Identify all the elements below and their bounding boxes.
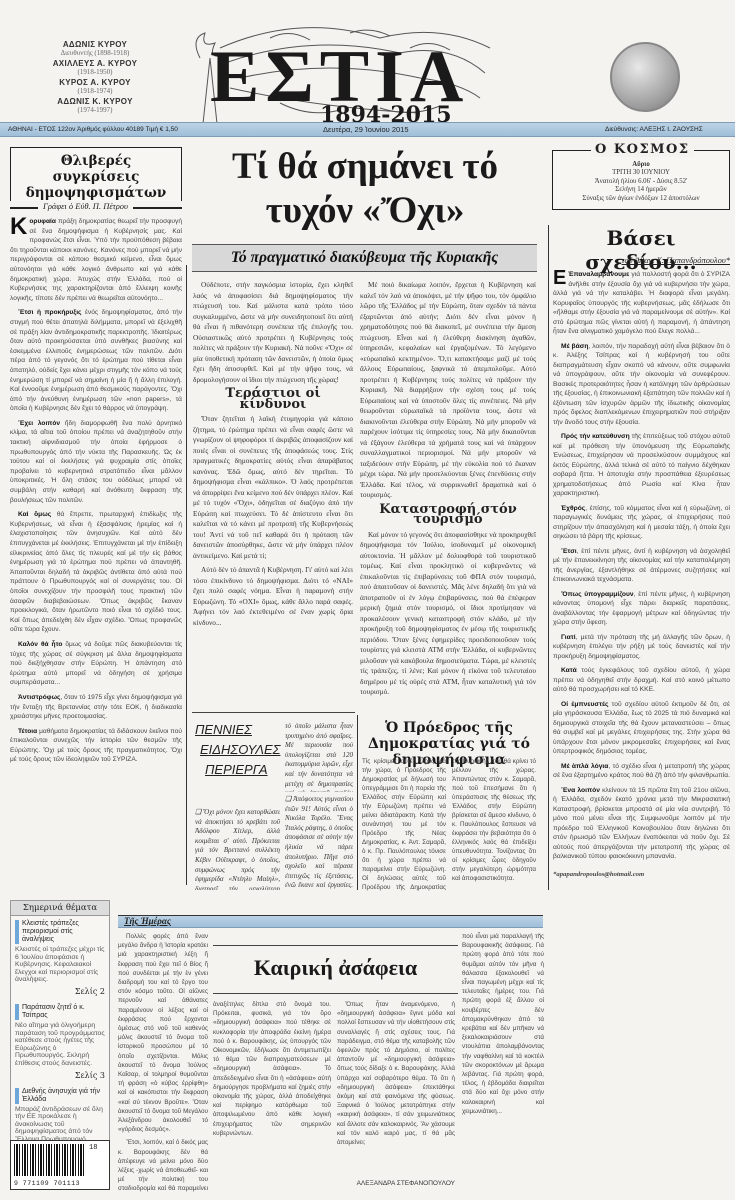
bottom-col2: ἀναξέτηλες δίπλα στό ὄνομά του. Πρόκειτα… xyxy=(213,1000,331,1194)
column-divider xyxy=(548,225,549,890)
author-email: *apapandropoulos@hotmail.com xyxy=(553,870,730,880)
left-article-byline: Γράφει ὁ Εὐθ. Π. Πέτρου xyxy=(38,201,133,211)
kosmos-moon: Σελήνη 14 ἡμερῶν xyxy=(553,186,729,194)
right-article-title: Βάσει σχεδίου... xyxy=(552,226,730,274)
column-label: Τῆς Ἡμέρας xyxy=(124,916,171,926)
main-col2: Μέ ποιό δικαίωμα λοιπόν, ἔρχεται ἡ Κυβέρ… xyxy=(360,280,536,700)
president-article-col2: τῆς Κυριακῆς πού θά κρίνει τό μέλλον τῆς… xyxy=(452,757,536,892)
kosmos-day: ΤΡΙΤΗ 30 ΙΟΥΝΙΟΥ xyxy=(553,169,729,177)
issue-info: ΑΘΗΝΑΙ - ΕΤΟΣ 122ον Ἀριθμός φύλλου 40189… xyxy=(8,126,178,133)
sidebar-item-body: Νέο αἴτημα γιά ὀλιγοήμερη παράταση τοῦ π… xyxy=(15,1022,105,1068)
sidebar-item-title[interactable]: Κλειστές τράπεζες περιορισμοί στίς ἀναλή… xyxy=(15,920,105,944)
kosmos-sun: Ἀνατολή ἡλίου 6.06' - Δύσις 8.52' xyxy=(553,178,729,186)
column-label-bar: Τῆς Ἡμέρας xyxy=(118,915,543,928)
trivia-title-block: ΠΕΝΝΙΕΣ ΕΙΔΗΣΟΥΛΕΣ ΠΕΡΙΕΡΓΑ xyxy=(195,722,275,777)
newspaper-logo: ΕΣΤΙΑ 1894-2015 xyxy=(190,28,510,128)
founder-years: (1974-1997) xyxy=(20,106,170,114)
title-rule-top xyxy=(213,945,458,946)
main-subheadline-banner: Τό πραγματικό διακύβευμα τῆς Κυριακῆς xyxy=(192,244,537,272)
bottom-article-title: Καιρική ἀσάφεια xyxy=(213,955,458,981)
director-info: Διεύθυνσις: ΑΛΕΞΗΣ Ι. ΖΑΟΥΣΗΣ xyxy=(605,126,703,133)
bottom-col3: Ὅπως ἦταν ἀναμενόμενο, ἡ «δημιουργική ἀσ… xyxy=(337,1000,455,1170)
kosmos-tomorrow: Αὔριο xyxy=(553,161,729,169)
subhead-risks: Τεράστιοι οἱ κίνδυνοι xyxy=(193,389,353,410)
right-article-body: ΕἘπαναλαμβάνουμε γιά πολλοστή φορά ὅτι ὁ… xyxy=(553,270,730,1195)
sidebar-item-title[interactable]: Παράτασιν ζητεῖ ὁ κ. Τσίπρας xyxy=(15,1004,105,1020)
barcode: 18 9 771109 701113 xyxy=(10,1140,110,1190)
trivia-title-1: ΠΕΝΝΙΕΣ xyxy=(195,722,275,737)
sidebar-item-page[interactable]: Σελίς 2 xyxy=(15,987,105,996)
trivia-item-3: ❑ Ἀπόφοιτος γυμνασίου ἐτῶν 91! Αὐτός εἶν… xyxy=(285,795,353,890)
main-subheadline: Τό πραγματικό διακύβευμα τῆς Κυριακῆς xyxy=(192,245,537,271)
sidebar-item-title[interactable]: Διεθνής ἀνησυχία γιά τήν Ἑλλάδα xyxy=(15,1088,105,1104)
founder-name: ΑΔΩΝΙΣ Κ. ΚΥΡΟΥ xyxy=(20,97,170,106)
section-divider xyxy=(192,712,355,713)
trivia-title-3: ΠΕΡΙΕΡΓΑ xyxy=(205,762,275,777)
left-article-title-box: Θλιβερές συγκρίσεις δημοψηφισμάτων xyxy=(10,147,182,201)
ancient-coin-icon xyxy=(610,42,680,112)
trivia-item-1: ❑ Ὄχι μόνον ἔχει κατορθώσει νά ἀποκτήσει… xyxy=(195,808,280,890)
subhead-tourism: Καταστροφή στόν τουρισμό xyxy=(360,505,536,526)
info-bar: ΑΘΗΝΑΙ - ΕΤΟΣ 122ον Ἀριθμός φύλλου 40189… xyxy=(0,122,735,137)
column-divider xyxy=(186,265,187,885)
sidebar-title: Σημερινά θέματα xyxy=(11,901,109,916)
founders-list: ΑΔΩΝΙΣ ΚΥΡΟΥ Διευθυντής (1898-1918) ΑΧΙΛ… xyxy=(20,40,170,116)
right-article-byline: τοῦ Ἀθαν. Χ. Παπανδρόπουλου* xyxy=(552,255,730,265)
barcode-icon xyxy=(14,1144,84,1176)
main-col1: Οὐδέποτε, στήν παγκόσμια ἱστορία, ἔχει κ… xyxy=(193,280,353,700)
barcode-number: 9 771109 701113 xyxy=(14,1180,106,1187)
founder-name: ΑΧΙΛΛΕΥΣ Α. ΚΥΡΟΥ xyxy=(20,59,170,68)
barcode-issue: 18 xyxy=(89,1144,97,1152)
founder-years: Διευθυντής (1898-1918) xyxy=(20,49,170,57)
issue-date: Δευτέρα, 29 Ἰουνίου 2015 xyxy=(323,125,409,134)
founder-years: (1918-1950) xyxy=(20,68,170,76)
kosmos-box: Ο ΚΟΣΜΟΣ Αὔριο ΤΡΙΤΗ 30 ΙΟΥΝΙΟΥ Ἀνατολή … xyxy=(552,150,730,210)
sidebar-item-page[interactable]: Σελίς 3 xyxy=(15,1071,105,1080)
trivia-title-2: ΕΙΔΗΣΟΥΛΕΣ xyxy=(200,742,275,757)
title-rule-bottom xyxy=(213,993,458,994)
left-article-title: Θλιβερές συγκρίσεις δημοψηφισμάτων xyxy=(11,153,181,201)
founder-name: ΑΔΩΝΙΣ ΚΥΡΟΥ xyxy=(20,40,170,49)
sidebar-item-body: Κλειστές οἱ τράπεζες μέχρι τίς 6 Ἰουλίου… xyxy=(15,946,105,984)
byline-row: Γράφει ὁ Εὐθ. Π. Πέτρου xyxy=(10,201,182,213)
president-article-col1: Τίς κρίσιμες αὐτές ὧρες γιά τήν χώρα, ὁ … xyxy=(362,757,446,892)
kosmos-saints: Σύναξις τῶν ἁγίων ἐνδόξων 12 ἀποστόλων xyxy=(553,195,729,203)
main-headline: Τί θά σημάνει τό τυχόν «Ὄχι» xyxy=(200,145,530,233)
founder-name: ΚΥΡΟΣ Α. ΚΥΡΟΥ xyxy=(20,78,170,87)
trivia-item-2: τό ὁποῖο μάλιστα ἦταν τρυπημένο ἀπό σφαῖ… xyxy=(285,722,353,792)
left-article-body: Kορυφαία πράξη δημοκρατίας θεωρεῖ τήν πρ… xyxy=(10,217,182,877)
bottom-col4: πού εἶναι μιά παραλλαγή τῆς Βαρουφακικῆς… xyxy=(462,932,544,1194)
kosmos-title: Ο ΚΟΣΜΟΣ xyxy=(591,142,694,157)
bottom-signature: ΑΛΕΞΑΝΔΡΑ ΣΤΕΦΑΝΟΠΟΥΛΟΥ xyxy=(337,1180,455,1187)
column-divider xyxy=(357,715,358,890)
bottom-col1: Πολλές φορές ἀπό ἕναν μεγάλο ἄνδρα ἡ Ἱστ… xyxy=(118,932,208,1194)
dropcap: K xyxy=(10,217,27,237)
founder-years: (1918-1974) xyxy=(20,87,170,95)
